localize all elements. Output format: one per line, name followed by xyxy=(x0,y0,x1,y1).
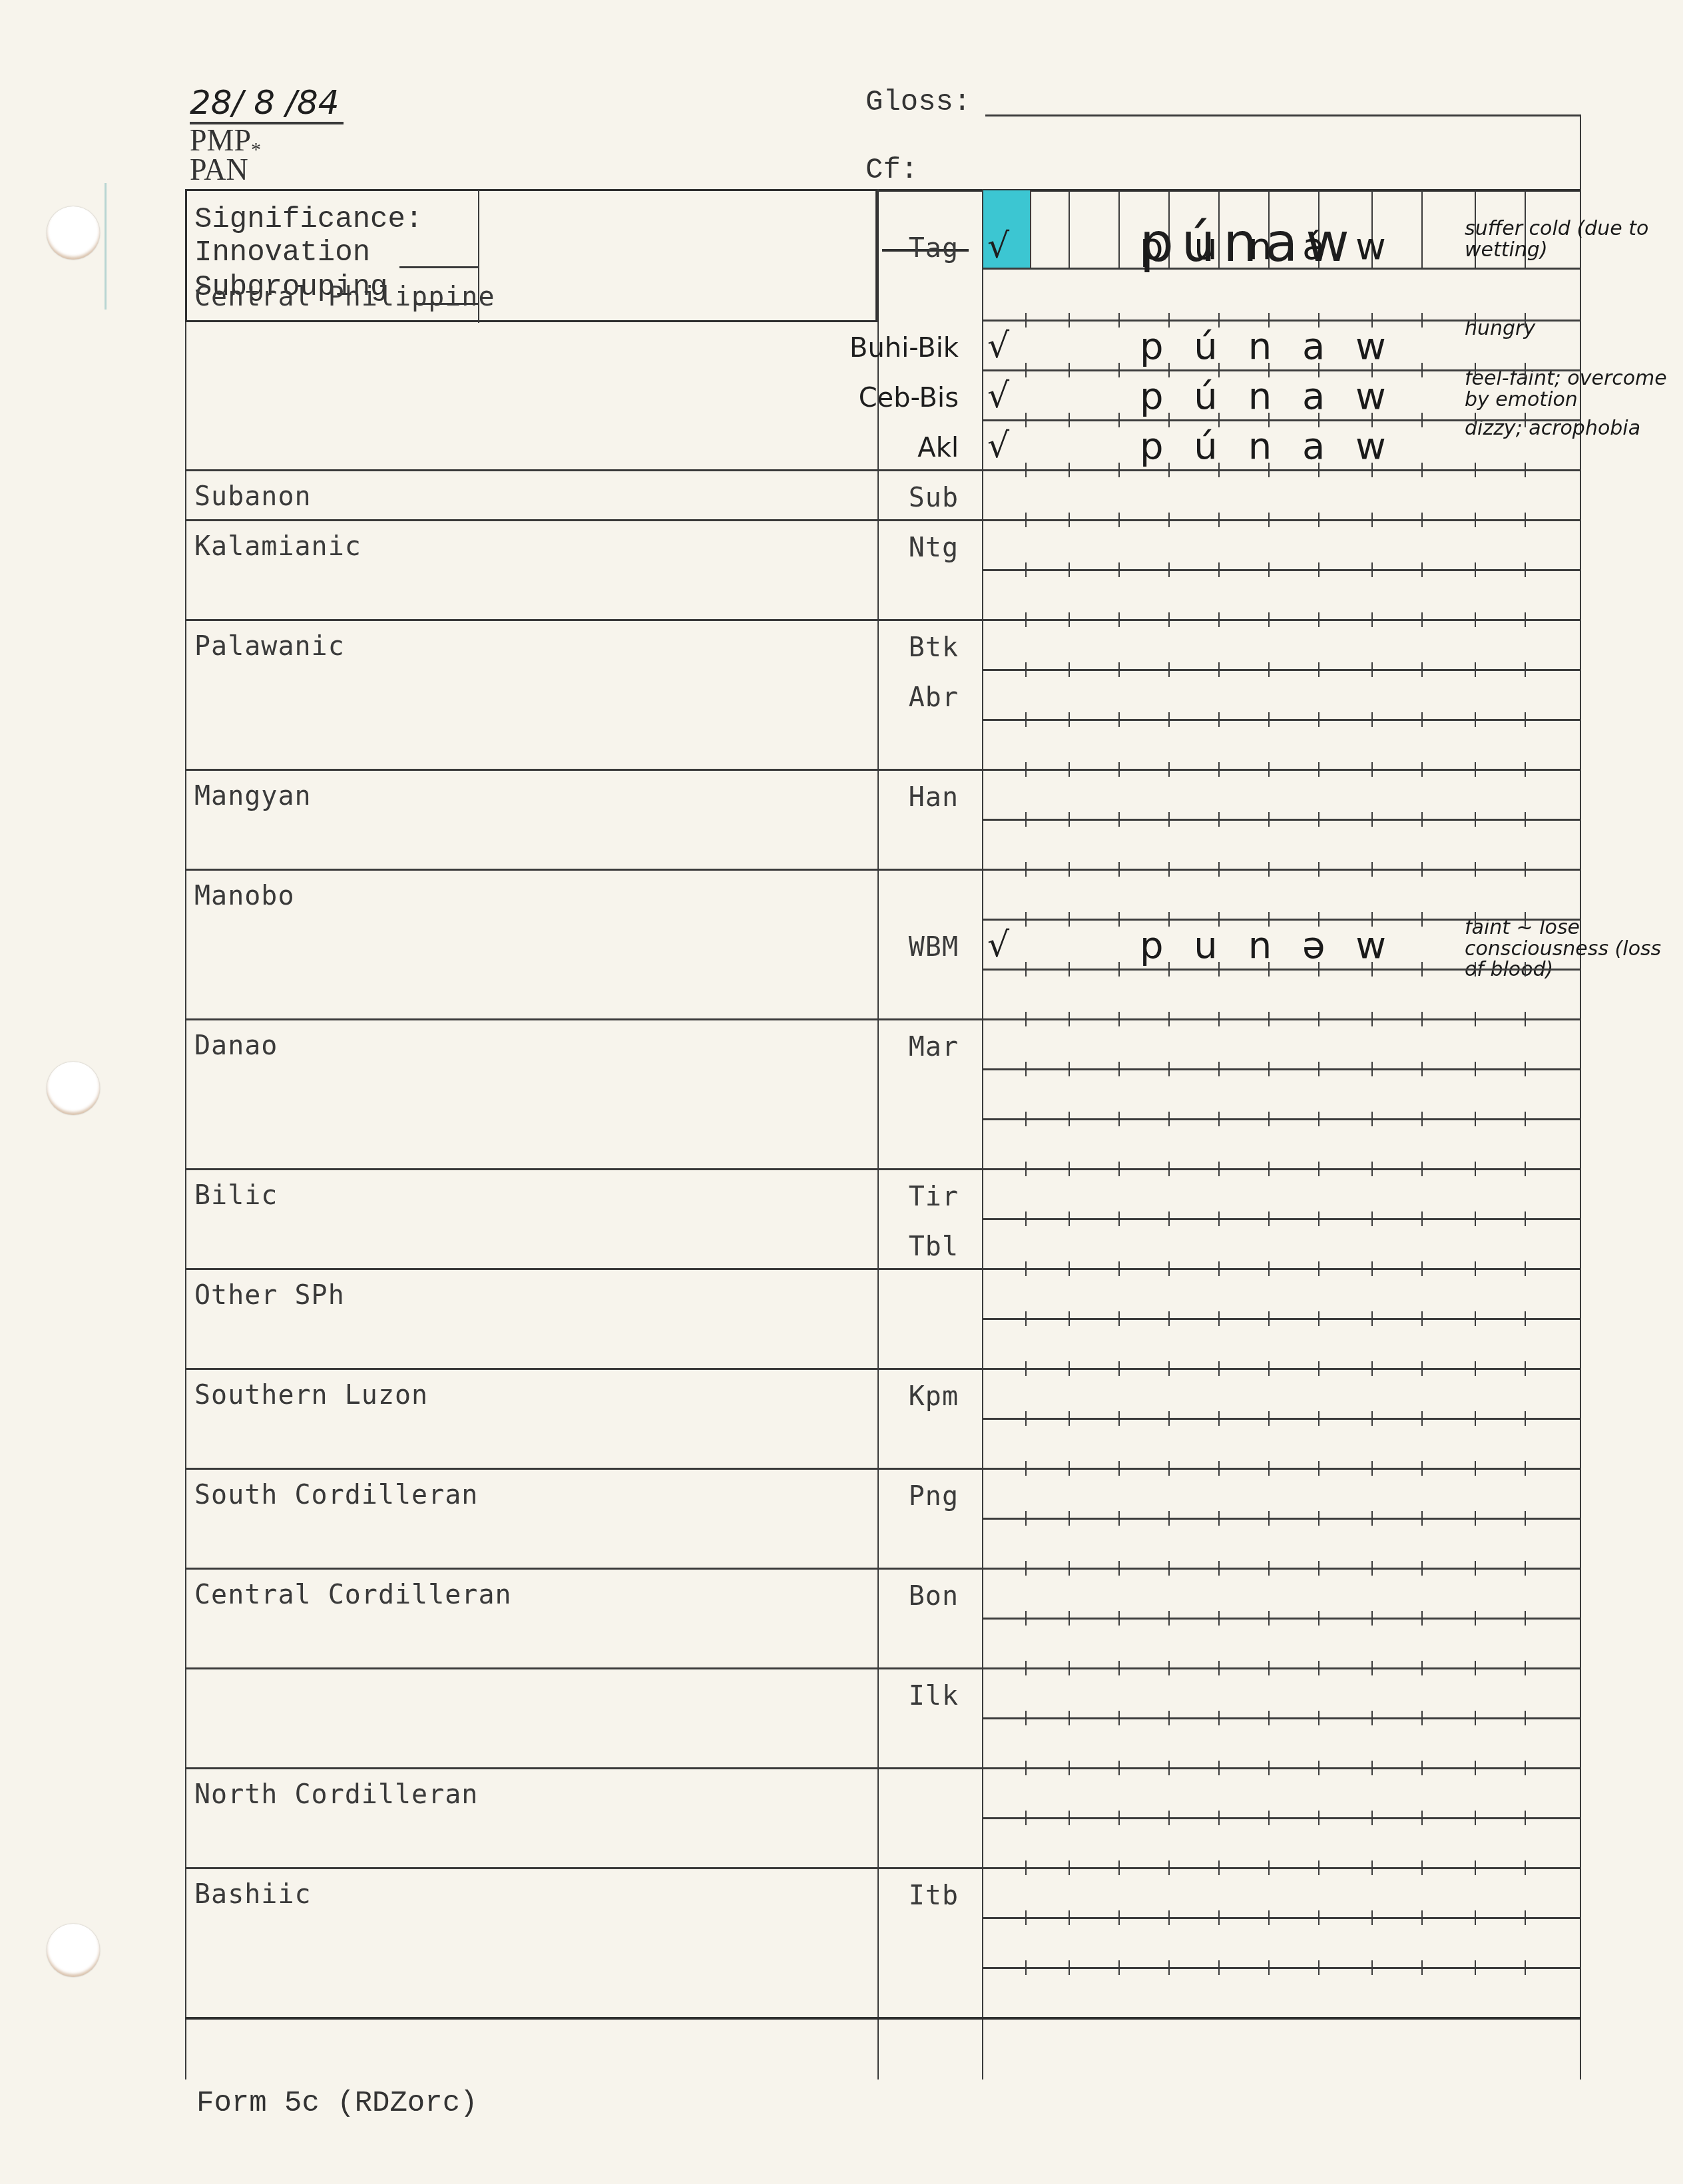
segment-tick xyxy=(1218,862,1220,877)
segment-tick xyxy=(1475,712,1476,727)
group-name: Danao xyxy=(194,1030,278,1061)
segment-tick xyxy=(1371,762,1373,777)
segment-tick xyxy=(1318,1411,1320,1426)
segment-tick xyxy=(1268,862,1270,877)
segment-tick xyxy=(1069,562,1070,577)
reflex-form: p ú n a w xyxy=(1140,325,1395,368)
segment-tick xyxy=(1168,662,1170,677)
language-code: Sub xyxy=(909,483,959,513)
segment-tick xyxy=(1475,1761,1476,1775)
segment-tick xyxy=(1318,762,1320,777)
segment-tick xyxy=(1525,1162,1526,1176)
segment-tick xyxy=(1525,1112,1526,1126)
segment-tick xyxy=(1268,313,1270,328)
segment-tick xyxy=(1318,1261,1320,1276)
cognate-checkmark[interactable]: √ xyxy=(987,426,1009,466)
segment-tick xyxy=(1118,1811,1120,1825)
segment-tick xyxy=(1025,562,1027,577)
segment-tick xyxy=(1525,1860,1526,1875)
segment-tick xyxy=(1525,363,1526,377)
group-name: Bashiic xyxy=(194,1879,312,1910)
segment-tick xyxy=(1421,1661,1423,1675)
segment-tick xyxy=(1218,762,1220,777)
ruled-line xyxy=(982,419,1581,421)
segment-tick xyxy=(1268,712,1270,727)
segment-tick xyxy=(1118,1012,1120,1026)
segment-tick xyxy=(1371,962,1373,977)
segment-tick xyxy=(1069,662,1070,677)
ruled-line xyxy=(982,1817,1581,1819)
cf-label: Cf: xyxy=(865,156,918,185)
language-code: Tir xyxy=(909,1182,959,1212)
ruled-line xyxy=(982,919,1581,921)
segment-tick xyxy=(1475,1860,1476,1875)
date: 28/ 8 /84 xyxy=(190,83,344,124)
segment-tick xyxy=(1069,1761,1070,1775)
group-divider xyxy=(185,1468,983,1470)
segment-tick xyxy=(1525,762,1526,777)
segment-tick xyxy=(1318,562,1320,577)
segment-tick xyxy=(1168,1411,1170,1426)
segment-tick xyxy=(1421,1012,1423,1026)
segment-tick xyxy=(1118,762,1120,777)
segment-tick xyxy=(1268,662,1270,677)
segment-tick xyxy=(1525,662,1526,677)
segment-tick xyxy=(1525,513,1526,527)
ruled-line xyxy=(982,1767,1581,1769)
segment-tick xyxy=(1268,1311,1270,1326)
segment-tick xyxy=(1268,1761,1270,1775)
segment-tick xyxy=(1025,1960,1027,1975)
segment-tick xyxy=(1318,513,1320,527)
cognate-checkmark[interactable]: √ xyxy=(987,226,1009,266)
segment-tick xyxy=(1168,1611,1170,1626)
segment-tick xyxy=(1168,1661,1170,1675)
gloss-field[interactable] xyxy=(985,114,1581,116)
segment-tick xyxy=(1268,1062,1270,1076)
ruled-line xyxy=(982,769,1581,771)
segment-tick xyxy=(1025,1112,1027,1126)
segment-tick xyxy=(1069,1361,1070,1376)
segment-tick xyxy=(1218,1661,1220,1675)
segment-tick xyxy=(1421,1461,1423,1476)
segment-tick xyxy=(1421,1112,1423,1126)
segment-tick xyxy=(1318,1711,1320,1725)
segment-tick xyxy=(1371,1860,1373,1875)
segment-tick xyxy=(1421,363,1423,377)
ruled-line xyxy=(982,1018,1581,1020)
segment-tick xyxy=(1025,463,1027,477)
segment-tick xyxy=(1168,712,1170,727)
reflex-form: p u n ə w xyxy=(1140,924,1395,967)
segment-tick xyxy=(1069,612,1070,627)
ruled-line xyxy=(982,619,1581,621)
segment-tick xyxy=(1318,862,1320,877)
segment-tick xyxy=(1475,1461,1476,1476)
segment-tick xyxy=(1118,1261,1120,1276)
segment-tick xyxy=(1025,762,1027,777)
segment-tick xyxy=(1371,662,1373,677)
segment-tick xyxy=(1168,962,1170,977)
segment-tick xyxy=(1069,413,1070,427)
header-cell-divider xyxy=(1421,190,1423,269)
header-cell-divider xyxy=(1118,190,1120,269)
segment-tick xyxy=(1371,463,1373,477)
segment-tick xyxy=(1268,363,1270,377)
segment-tick xyxy=(1025,1411,1027,1426)
segment-tick xyxy=(1118,962,1120,977)
segment-tick xyxy=(1118,1311,1120,1326)
segment-tick xyxy=(1318,962,1320,977)
left-border xyxy=(185,322,186,2079)
ruled-line xyxy=(982,1867,1581,1869)
segment-tick xyxy=(1525,1261,1526,1276)
cognate-checkmark[interactable]: √ xyxy=(987,925,1009,965)
segment-tick xyxy=(1168,313,1170,328)
segment-tick xyxy=(1371,1162,1373,1176)
segment-tick xyxy=(1118,1411,1120,1426)
segment-tick xyxy=(1069,1611,1070,1626)
language-code: Tag xyxy=(909,233,959,264)
segment-tick xyxy=(1475,812,1476,827)
segment-tick xyxy=(1371,1112,1373,1126)
segment-tick xyxy=(1025,1261,1027,1276)
segment-tick xyxy=(1069,1511,1070,1526)
segment-tick xyxy=(1025,413,1027,427)
binder-hole-bottom xyxy=(47,1924,100,1977)
segment-tick xyxy=(1118,1561,1120,1576)
segment-tick xyxy=(1421,962,1423,977)
segment-tick xyxy=(1025,1211,1027,1226)
segment-tick xyxy=(1371,1461,1373,1476)
reflex-gloss: faint ~ lose consciousness (loss of bloo… xyxy=(1465,917,1671,981)
segment-tick xyxy=(1268,1162,1270,1176)
segment-tick xyxy=(1168,812,1170,827)
ruled-line xyxy=(982,1568,1581,1570)
segment-tick xyxy=(1218,1811,1220,1825)
segment-tick xyxy=(1118,363,1120,377)
segment-tick xyxy=(1025,712,1027,727)
segment-tick xyxy=(1069,762,1070,777)
segment-tick xyxy=(1525,1311,1526,1326)
segment-tick xyxy=(1218,1511,1220,1526)
segment-tick xyxy=(1218,812,1220,827)
group-divider xyxy=(185,1168,983,1170)
segment-tick xyxy=(1118,1711,1120,1725)
segment-tick xyxy=(1118,1511,1120,1526)
segment-tick xyxy=(1371,1511,1373,1526)
segment-tick xyxy=(1421,313,1423,328)
segment-tick xyxy=(1475,912,1476,927)
segment-tick xyxy=(1025,812,1027,827)
language-code: WBM xyxy=(909,932,959,963)
segment-tick xyxy=(1069,463,1070,477)
segment-tick xyxy=(1168,1461,1170,1476)
segment-tick xyxy=(1168,1361,1170,1376)
segment-tick xyxy=(1318,662,1320,677)
segment-tick xyxy=(1218,1311,1220,1326)
segment-tick xyxy=(1475,1511,1476,1526)
segment-tick xyxy=(1069,1162,1070,1176)
segment-tick xyxy=(1525,1960,1526,1975)
ruled-line xyxy=(982,719,1581,721)
segment-tick xyxy=(1118,1162,1120,1176)
segment-tick xyxy=(1168,1012,1170,1026)
segment-tick xyxy=(1218,912,1220,927)
segment-tick xyxy=(1525,712,1526,727)
segment-tick xyxy=(1268,1711,1270,1725)
segment-tick xyxy=(1218,1062,1220,1076)
group-divider xyxy=(185,1867,983,1869)
segment-tick xyxy=(1525,1561,1526,1576)
segment-tick xyxy=(1421,1960,1423,1975)
segment-tick xyxy=(1218,1910,1220,1925)
segment-tick xyxy=(1268,1211,1270,1226)
segment-tick xyxy=(1025,612,1027,627)
group-name: Mangyan xyxy=(194,781,312,811)
segment-tick xyxy=(1025,1361,1027,1376)
segment-tick xyxy=(1525,313,1526,328)
segment-tick xyxy=(1218,1211,1220,1226)
segment-tick xyxy=(1069,1910,1070,1925)
segment-tick xyxy=(1318,313,1320,328)
reflex-gloss: suffer cold (due to wetting) xyxy=(1465,218,1671,260)
segment-tick xyxy=(1371,1761,1373,1775)
segment-tick xyxy=(1069,1711,1070,1725)
group-divider xyxy=(185,1767,983,1769)
segment-tick xyxy=(1475,562,1476,577)
segment-tick xyxy=(1218,712,1220,727)
reflex-form: p ú n a w xyxy=(1140,375,1395,418)
form-id: Form 5c (RDZorc) xyxy=(196,2089,477,2118)
group-name: South Cordilleran xyxy=(194,1480,478,1510)
group-divider xyxy=(185,619,983,621)
segment-tick xyxy=(1421,463,1423,477)
segment-tick xyxy=(1318,1112,1320,1126)
segment-tick xyxy=(1218,1960,1220,1975)
language-code: Ilk xyxy=(909,1681,959,1711)
ruled-line xyxy=(982,1468,1581,1470)
cognate-checkmark[interactable]: √ xyxy=(987,326,1009,366)
segment-tick xyxy=(1371,1311,1373,1326)
segment-tick xyxy=(1268,762,1270,777)
segment-tick xyxy=(1421,1561,1423,1576)
segment-tick xyxy=(1421,1761,1423,1775)
segment-tick xyxy=(1118,513,1120,527)
segment-tick xyxy=(1268,1661,1270,1675)
segment-tick xyxy=(1475,1261,1476,1276)
group-name: Manobo xyxy=(194,881,295,911)
segment-tick xyxy=(1525,1211,1526,1226)
segment-tick xyxy=(1371,1012,1373,1026)
ruled-line xyxy=(982,320,1581,322)
segment-tick xyxy=(1069,1411,1070,1426)
segment-tick xyxy=(1268,1511,1270,1526)
segment-tick xyxy=(1118,1860,1120,1875)
language-code: Abr xyxy=(909,682,959,713)
segment-tick xyxy=(1318,1661,1320,1675)
segment-tick xyxy=(1118,413,1120,427)
segment-tick xyxy=(1025,513,1027,527)
ruled-line xyxy=(982,369,1581,371)
segment-tick xyxy=(1525,1062,1526,1076)
group-divider xyxy=(185,1018,983,1020)
segment-tick xyxy=(1168,413,1170,427)
segment-tick xyxy=(1069,1261,1070,1276)
segment-tick xyxy=(1371,1361,1373,1376)
segment-tick xyxy=(1218,1261,1220,1276)
cognate-checkmark[interactable]: √ xyxy=(987,376,1009,416)
segment-tick xyxy=(1168,463,1170,477)
segment-tick xyxy=(1318,1012,1320,1026)
segment-tick xyxy=(1475,463,1476,477)
segment-tick xyxy=(1421,1311,1423,1326)
segment-tick xyxy=(1268,812,1270,827)
segment-tick xyxy=(1525,1461,1526,1476)
segment-tick xyxy=(1525,562,1526,577)
ruled-line xyxy=(982,469,1581,471)
ruled-line xyxy=(982,1318,1581,1320)
segment-tick xyxy=(1168,1711,1170,1725)
segment-tick xyxy=(1118,1960,1120,1975)
segment-tick xyxy=(1218,363,1220,377)
table-bottom-border xyxy=(185,2017,1581,2020)
asterisk-marker: * xyxy=(251,138,261,160)
level-pan: PAN xyxy=(190,152,248,187)
segment-tick xyxy=(1025,1561,1027,1576)
segment-tick xyxy=(1069,1661,1070,1675)
segment-tick xyxy=(1118,1461,1120,1476)
segment-tick xyxy=(1168,1062,1170,1076)
segment-tick xyxy=(1525,463,1526,477)
ruled-line xyxy=(982,869,1581,871)
segment-tick xyxy=(1025,1511,1027,1526)
language-code: Han xyxy=(909,782,959,813)
segment-tick xyxy=(1218,562,1220,577)
ruled-line xyxy=(982,1967,1581,1969)
segment-tick xyxy=(1218,1162,1220,1176)
group-divider xyxy=(185,469,983,471)
segment-tick xyxy=(1168,1261,1170,1276)
gloss-label: Gloss: xyxy=(865,88,971,117)
segment-tick xyxy=(1268,1910,1270,1925)
segment-tick xyxy=(1069,313,1070,328)
group-name: North Cordilleran xyxy=(194,1779,478,1810)
segment-tick xyxy=(1421,1611,1423,1626)
segment-tick xyxy=(1118,812,1120,827)
segment-tick xyxy=(1525,1910,1526,1925)
segment-tick xyxy=(1268,513,1270,527)
segment-tick xyxy=(1168,1761,1170,1775)
segment-tick xyxy=(1475,1960,1476,1975)
segment-tick xyxy=(1421,662,1423,677)
ruled-line xyxy=(982,1717,1581,1719)
segment-tick xyxy=(1218,962,1220,977)
segment-tick xyxy=(1371,1411,1373,1426)
segment-tick xyxy=(1318,1761,1320,1775)
segment-tick xyxy=(1475,1311,1476,1326)
segment-tick xyxy=(1475,513,1476,527)
margin-mark xyxy=(105,183,107,310)
ruled-line xyxy=(982,1218,1581,1220)
segment-tick xyxy=(1168,762,1170,777)
segment-tick xyxy=(1525,912,1526,927)
segment-tick xyxy=(1069,1561,1070,1576)
segment-tick xyxy=(1475,1361,1476,1376)
segment-tick xyxy=(1525,1012,1526,1026)
segment-tick xyxy=(1475,313,1476,328)
segment-tick xyxy=(1025,962,1027,977)
segment-tick xyxy=(1025,912,1027,927)
segment-tick xyxy=(1025,1811,1027,1825)
segment-tick xyxy=(1421,1261,1423,1276)
grid-left-border xyxy=(982,189,983,2079)
segment-tick xyxy=(1025,1461,1027,1476)
segment-tick xyxy=(1168,1960,1170,1975)
segment-tick xyxy=(1025,1860,1027,1875)
segment-tick xyxy=(1069,1461,1070,1476)
segment-tick xyxy=(1318,1561,1320,1576)
segment-tick xyxy=(1421,513,1423,527)
segment-tick xyxy=(1168,562,1170,577)
segment-tick xyxy=(1475,1661,1476,1675)
segment-tick xyxy=(1218,1761,1220,1775)
segment-tick xyxy=(1475,1062,1476,1076)
segment-tick xyxy=(1218,1361,1220,1376)
segment-tick xyxy=(1371,513,1373,527)
segment-tick xyxy=(1069,1211,1070,1226)
language-code: Mar xyxy=(909,1032,959,1062)
segment-tick xyxy=(1421,1062,1423,1076)
segment-tick xyxy=(1069,1811,1070,1825)
segment-tick xyxy=(1421,1811,1423,1825)
segment-tick xyxy=(1371,1960,1373,1975)
innovation-field[interactable] xyxy=(399,266,478,268)
segment-tick xyxy=(1421,1411,1423,1426)
segment-tick xyxy=(1318,463,1320,477)
segment-tick xyxy=(1371,862,1373,877)
group-name: Central Philippine xyxy=(194,282,495,312)
segment-tick xyxy=(1069,1112,1070,1126)
group-divider xyxy=(185,1368,983,1370)
segment-tick xyxy=(1525,413,1526,427)
segment-tick xyxy=(1421,862,1423,877)
segment-tick xyxy=(1168,1162,1170,1176)
segment-tick xyxy=(1371,1811,1373,1825)
segment-tick xyxy=(1318,413,1320,427)
language-code: Ntg xyxy=(909,533,959,563)
ruled-line xyxy=(982,969,1581,971)
segment-tick xyxy=(1268,1960,1270,1975)
group-name: Other SPh xyxy=(194,1280,345,1311)
segment-tick xyxy=(1318,1811,1320,1825)
segment-tick xyxy=(1525,1361,1526,1376)
segment-tick xyxy=(1025,313,1027,328)
segment-tick xyxy=(1025,1711,1027,1725)
code-column-left-border xyxy=(877,189,879,2079)
segment-tick xyxy=(1318,612,1320,627)
reflex-form: p ú n a w xyxy=(1140,425,1395,468)
group-divider xyxy=(185,1268,983,1270)
segment-tick xyxy=(1371,1910,1373,1925)
segment-tick xyxy=(1318,1311,1320,1326)
segment-tick xyxy=(1475,413,1476,427)
innovation-label: Innovation xyxy=(194,238,370,268)
segment-tick xyxy=(1525,962,1526,977)
segment-tick xyxy=(1118,1761,1120,1775)
segment-tick xyxy=(1421,1211,1423,1226)
segment-tick xyxy=(1421,712,1423,727)
